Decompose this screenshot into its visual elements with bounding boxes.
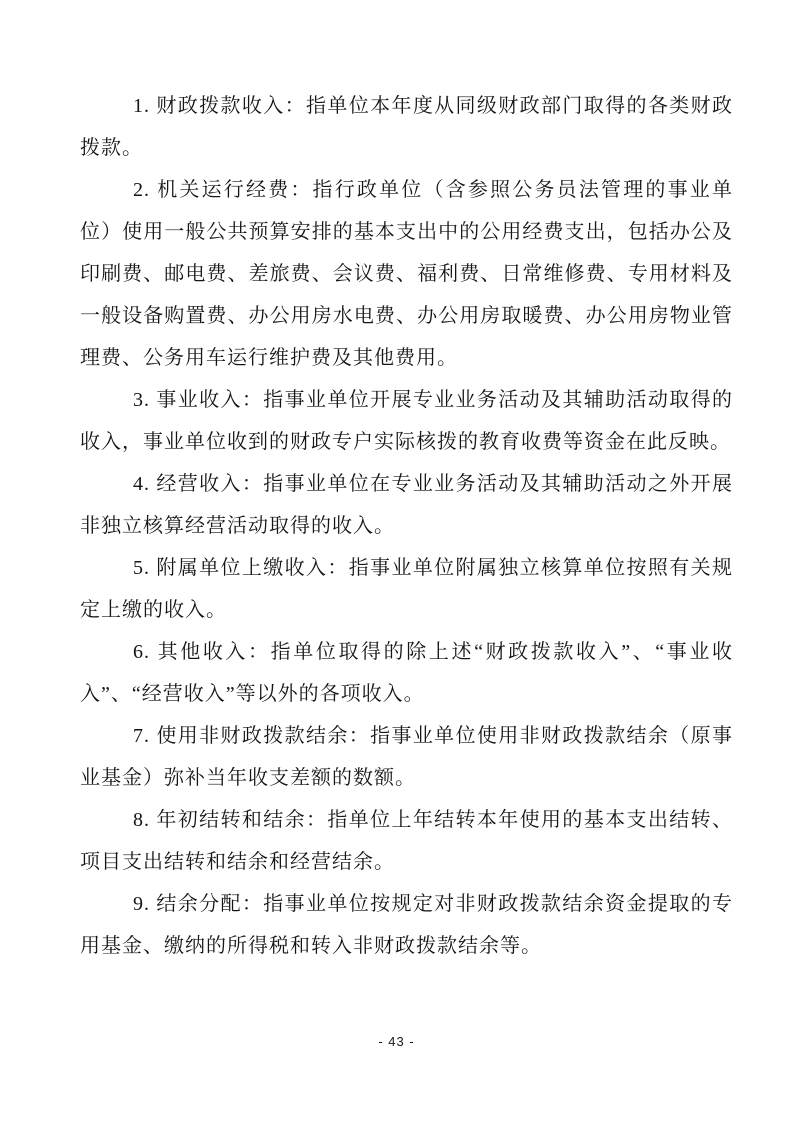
paragraph-6-qita-shouru: 6. 其他收入：指单位取得的除上述“财政拨款收入”、“事业收入”、“经营收入”等… <box>80 631 733 715</box>
paragraph-9-jieyu-fenpei: 9. 结余分配：指事业单位按规定对非财政拨款结余资金提取的专用基金、缴纳的所得税… <box>80 883 733 967</box>
paragraph-7-shiyong-fei-caizheng-bokuan-jieyu: 7. 使用非财政拨款结余：指事业单位使用非财政拨款结余（原事业基金）弥补当年收支… <box>80 715 733 799</box>
document-page: 1. 财政拨款收入：指单位本年度从同级财政部门取得的各类财政拨款。 2. 机关运… <box>0 0 793 1122</box>
paragraph-5-fushu-danwei-shangjiao-shouru: 5. 附属单位上缴收入：指事业单位附属独立核算单位按照有关规定上缴的收入。 <box>80 547 733 631</box>
paragraph-2-jiguan-yunxing-jingfei: 2. 机关运行经费：指行政单位（含参照公务员法管理的事业单位）使用一般公共预算安… <box>80 169 733 379</box>
paragraph-8-nianchu-jiezhuan-he-jieyu: 8. 年初结转和结余：指单位上年结转本年使用的基本支出结转、项目支出结转和结余和… <box>80 799 733 883</box>
paragraph-1-caizheng-bokuan-shouru: 1. 财政拨款收入：指单位本年度从同级财政部门取得的各类财政拨款。 <box>80 85 733 169</box>
paragraph-4-jingying-shouru: 4. 经营收入：指事业单位在专业业务活动及其辅助活动之外开展非独立核算经营活动取… <box>80 463 733 547</box>
document-body: 1. 财政拨款收入：指单位本年度从同级财政部门取得的各类财政拨款。 2. 机关运… <box>80 85 733 967</box>
page-number: - 43 - <box>0 1034 793 1049</box>
paragraph-3-shiye-shouru: 3. 事业收入：指事业单位开展专业业务活动及其辅助活动取得的收入，事业单位收到的… <box>80 379 733 463</box>
